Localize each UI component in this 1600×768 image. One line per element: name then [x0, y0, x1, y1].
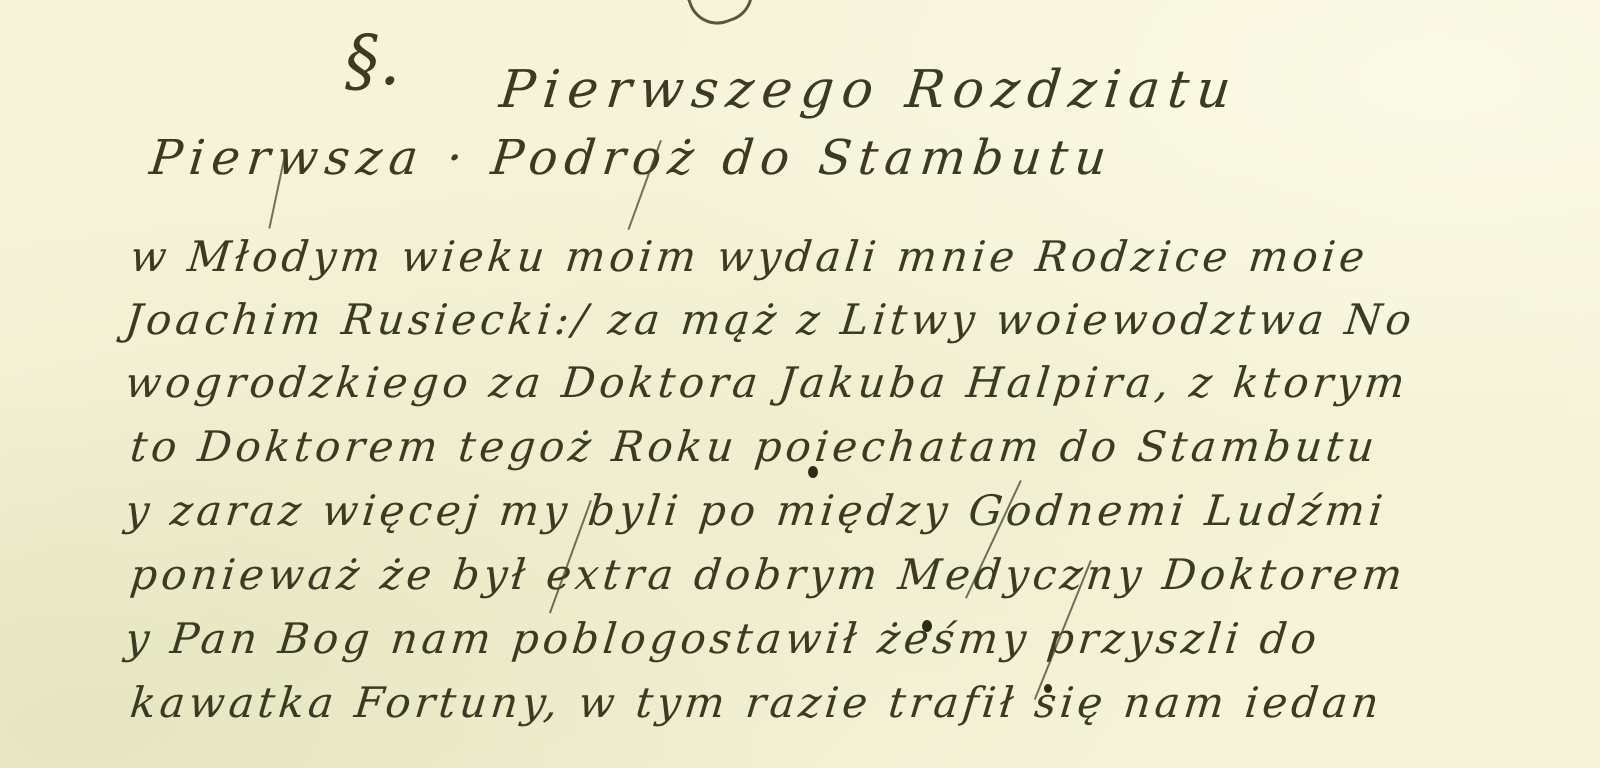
decorative-flourish — [685, 0, 762, 33]
manuscript-line: to Doktorem tegoż Roku poiechatam do Sta… — [127, 422, 1381, 482]
manuscript-line: y zaraz więcej my byli po między Godnemi… — [122, 486, 1389, 546]
manuscript-line: w Młodym wieku moim wydali mnie Rodzice … — [127, 232, 1371, 292]
manuscript-line: kawatka Fortuny, w tym razie trafił się … — [127, 678, 1385, 738]
ink-blot — [808, 466, 818, 478]
manuscript-page: §. Pierwszego Rozdziatu Pierwsza · Podro… — [0, 0, 1600, 768]
manuscript-line: ponieważ że był extra dobrym Medyczny Do… — [127, 550, 1409, 610]
chapter-heading: Pierwszego Rozdziatu — [497, 60, 1242, 120]
chapter-subheading: Pierwsza · Podroż do Stambutu — [147, 130, 1116, 186]
manuscript-line: wogrodzkiego za Doktora Jakuba Halpira, … — [122, 358, 1411, 418]
section-mark: §. — [345, 22, 401, 101]
ink-blot — [1044, 684, 1052, 693]
manuscript-line: y Pan Bog nam poblogostawił żeśmy przysz… — [122, 614, 1323, 674]
manuscript-line: Joachim Rusiecki:/ za mąż z Litwy woiewo… — [122, 295, 1418, 355]
ink-blot — [922, 620, 932, 632]
